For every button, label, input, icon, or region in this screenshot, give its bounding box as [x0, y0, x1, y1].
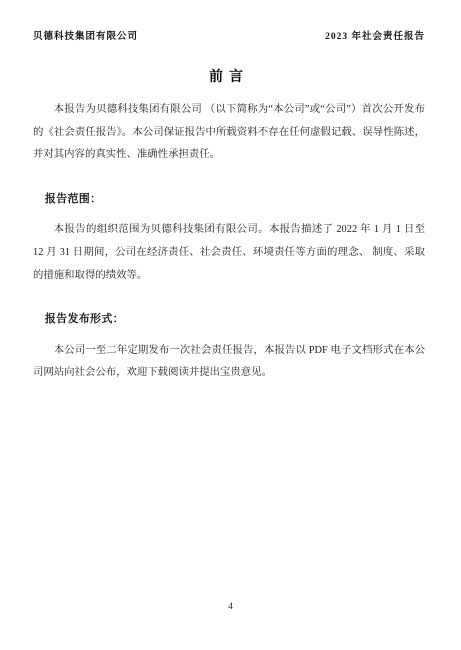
- page-title: 前言: [33, 66, 425, 86]
- section-heading-report-scope: 报告范围：: [45, 188, 425, 211]
- page-header: 贝德科技集团有限公司 2023 年社会责任报告: [33, 28, 425, 42]
- page-footer: 4: [0, 601, 461, 611]
- publication-form-paragraph: 本公司一至二年定期发布一次社会责任报告，本报告以 PDF 电子文档形式在本公司网…: [33, 340, 425, 385]
- report-scope-paragraph: 本报告的组织范围为贝德科技集团有限公司。本报告描述了 2022 年 1 月 1 …: [33, 219, 425, 287]
- header-company-name: 贝德科技集团有限公司: [33, 28, 138, 42]
- document-page: 贝德科技集团有限公司 2023 年社会责任报告 前言 本报告为贝德科技集团有限公…: [0, 0, 461, 650]
- page-number: 4: [228, 601, 233, 611]
- header-report-title: 2023 年社会责任报告: [325, 28, 425, 42]
- intro-paragraph: 本报告为贝德科技集团有限公司 （以下简称为“本公司”或“公司”）首次公开发布的《…: [33, 99, 425, 167]
- document-body: 本报告为贝德科技集团有限公司 （以下简称为“本公司”或“公司”）首次公开发布的《…: [33, 99, 425, 385]
- section-heading-publication-form: 报告发布形式：: [45, 308, 425, 331]
